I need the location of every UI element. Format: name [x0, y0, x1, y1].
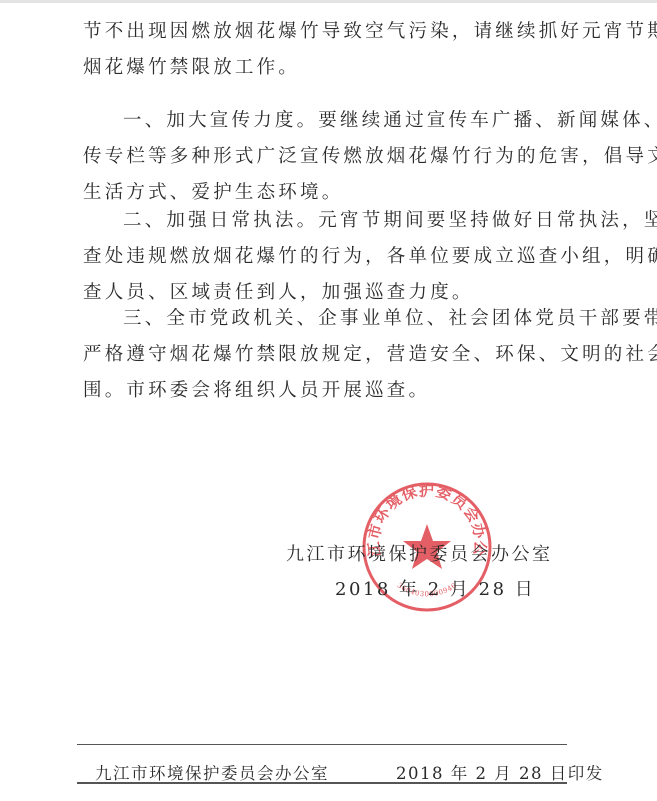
footer-bottom-rule — [77, 782, 567, 784]
paragraph-item-1: 一、加大宣传力度。要继续通过宣传车广播、新闻媒体、宣 传专栏等多种形式广泛宣传燃… — [83, 103, 583, 211]
text-line: 烟花爆竹禁限放工作。 — [83, 50, 583, 86]
paragraph-item-3: 三、全市党政机关、企事业单位、社会团体党员干部要带头 严格遵守烟花爆竹禁限放规定… — [83, 301, 583, 409]
text-line: 围。市环委会将组织人员开展巡查。 — [83, 373, 583, 409]
text-line: 查处违规燃放烟花爆竹的行为，各单位要成立巡查小组，明确巡 — [83, 239, 583, 275]
paragraph-intro: 节不出现因燃放烟花爆竹导致空气污染，请继续抓好元宵节期间 烟花爆竹禁限放工作。 — [83, 14, 583, 86]
text-line: 一、加大宣传力度。要继续通过宣传车广播、新闻媒体、宣 — [83, 103, 583, 139]
text-line: 节不出现因燃放烟花爆竹导致空气污染，请继续抓好元宵节期间 — [83, 14, 583, 50]
paragraph-item-2: 二、加强日常执法。元宵节期间要坚持做好日常执法，坚决 查处违规燃放烟花爆竹的行为… — [83, 203, 583, 311]
text-line: 传专栏等多种形式广泛宣传燃放烟花爆竹行为的危害，倡导文明 — [83, 139, 583, 175]
signature-date: 2018 年 2 月 28 日 — [335, 575, 535, 601]
text-line: 二、加强日常执法。元宵节期间要坚持做好日常执法，坚决 — [83, 203, 583, 239]
signature-organization: 九江市环境保护委员会办公室 — [286, 540, 553, 566]
footer-issue-date: 2018 年 2 月 28 日印发 — [396, 760, 604, 784]
text-line: 严格遵守烟花爆竹禁限放规定，营造安全、环保、文明的社会氛 — [83, 337, 583, 373]
footer-issuer: 九江市环境保护委员会办公室 — [95, 760, 329, 784]
page-top-border — [0, 0, 657, 3]
text-line: 三、全市党政机关、企事业单位、社会团体党员干部要带头 — [83, 301, 583, 337]
footer-top-rule — [77, 744, 567, 745]
